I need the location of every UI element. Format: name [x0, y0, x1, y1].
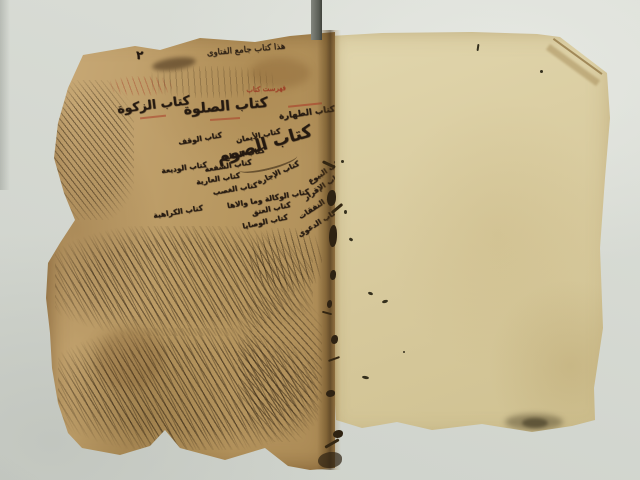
ink-blot — [329, 225, 337, 247]
bottom-smudge-core — [522, 418, 548, 428]
ink-speck — [382, 299, 389, 303]
spine-top-stick — [311, 0, 322, 40]
contents-header: هذا كتاب جامع الفتاوى — [182, 39, 310, 60]
ink-speck — [540, 70, 543, 73]
small-rows-scribble — [248, 228, 322, 292]
ink-blot — [326, 390, 335, 397]
ink-blot — [318, 452, 342, 468]
major-title-salah: كتاب الصلوة — [191, 95, 268, 118]
ink-speck — [368, 291, 374, 296]
ink-speck — [362, 375, 369, 379]
surface-edge-shading — [0, 0, 10, 190]
page-number: ٢ — [136, 48, 143, 62]
left-page: ٢ هذا كتاب جامع الفتاوى فهرست كتاب كتاب … — [40, 28, 335, 473]
ink-speck — [349, 237, 354, 242]
ink-blot — [333, 430, 343, 438]
ink-speck — [341, 160, 344, 163]
ink-blot — [327, 190, 336, 206]
red-index-label: فهرست كتاب — [240, 84, 292, 95]
red-dash — [210, 117, 240, 121]
ink-blot — [330, 270, 336, 280]
right-page — [322, 28, 614, 440]
paper-stain — [95, 328, 165, 390]
ink-speck — [344, 210, 347, 214]
dense-text-block-gutter — [238, 288, 322, 442]
ink-speck — [403, 351, 405, 353]
stitch-thread — [324, 438, 339, 449]
manuscript-photo: ٢ هذا كتاب جامع الفتاوى فهرست كتاب كتاب … — [0, 0, 640, 480]
contents-entry: كتاب الكراهية — [150, 203, 207, 221]
ink-speck — [477, 44, 480, 51]
binding-gutter — [317, 30, 341, 470]
contents-entry: كتاب الوقف — [172, 129, 229, 148]
stitch-thread — [328, 356, 340, 362]
stitch-thread — [322, 160, 336, 168]
ink-blot — [331, 335, 338, 344]
red-dash — [140, 115, 166, 119]
stitch-thread — [322, 311, 332, 316]
red-scribble — [110, 76, 172, 96]
ink-blot — [327, 300, 332, 308]
